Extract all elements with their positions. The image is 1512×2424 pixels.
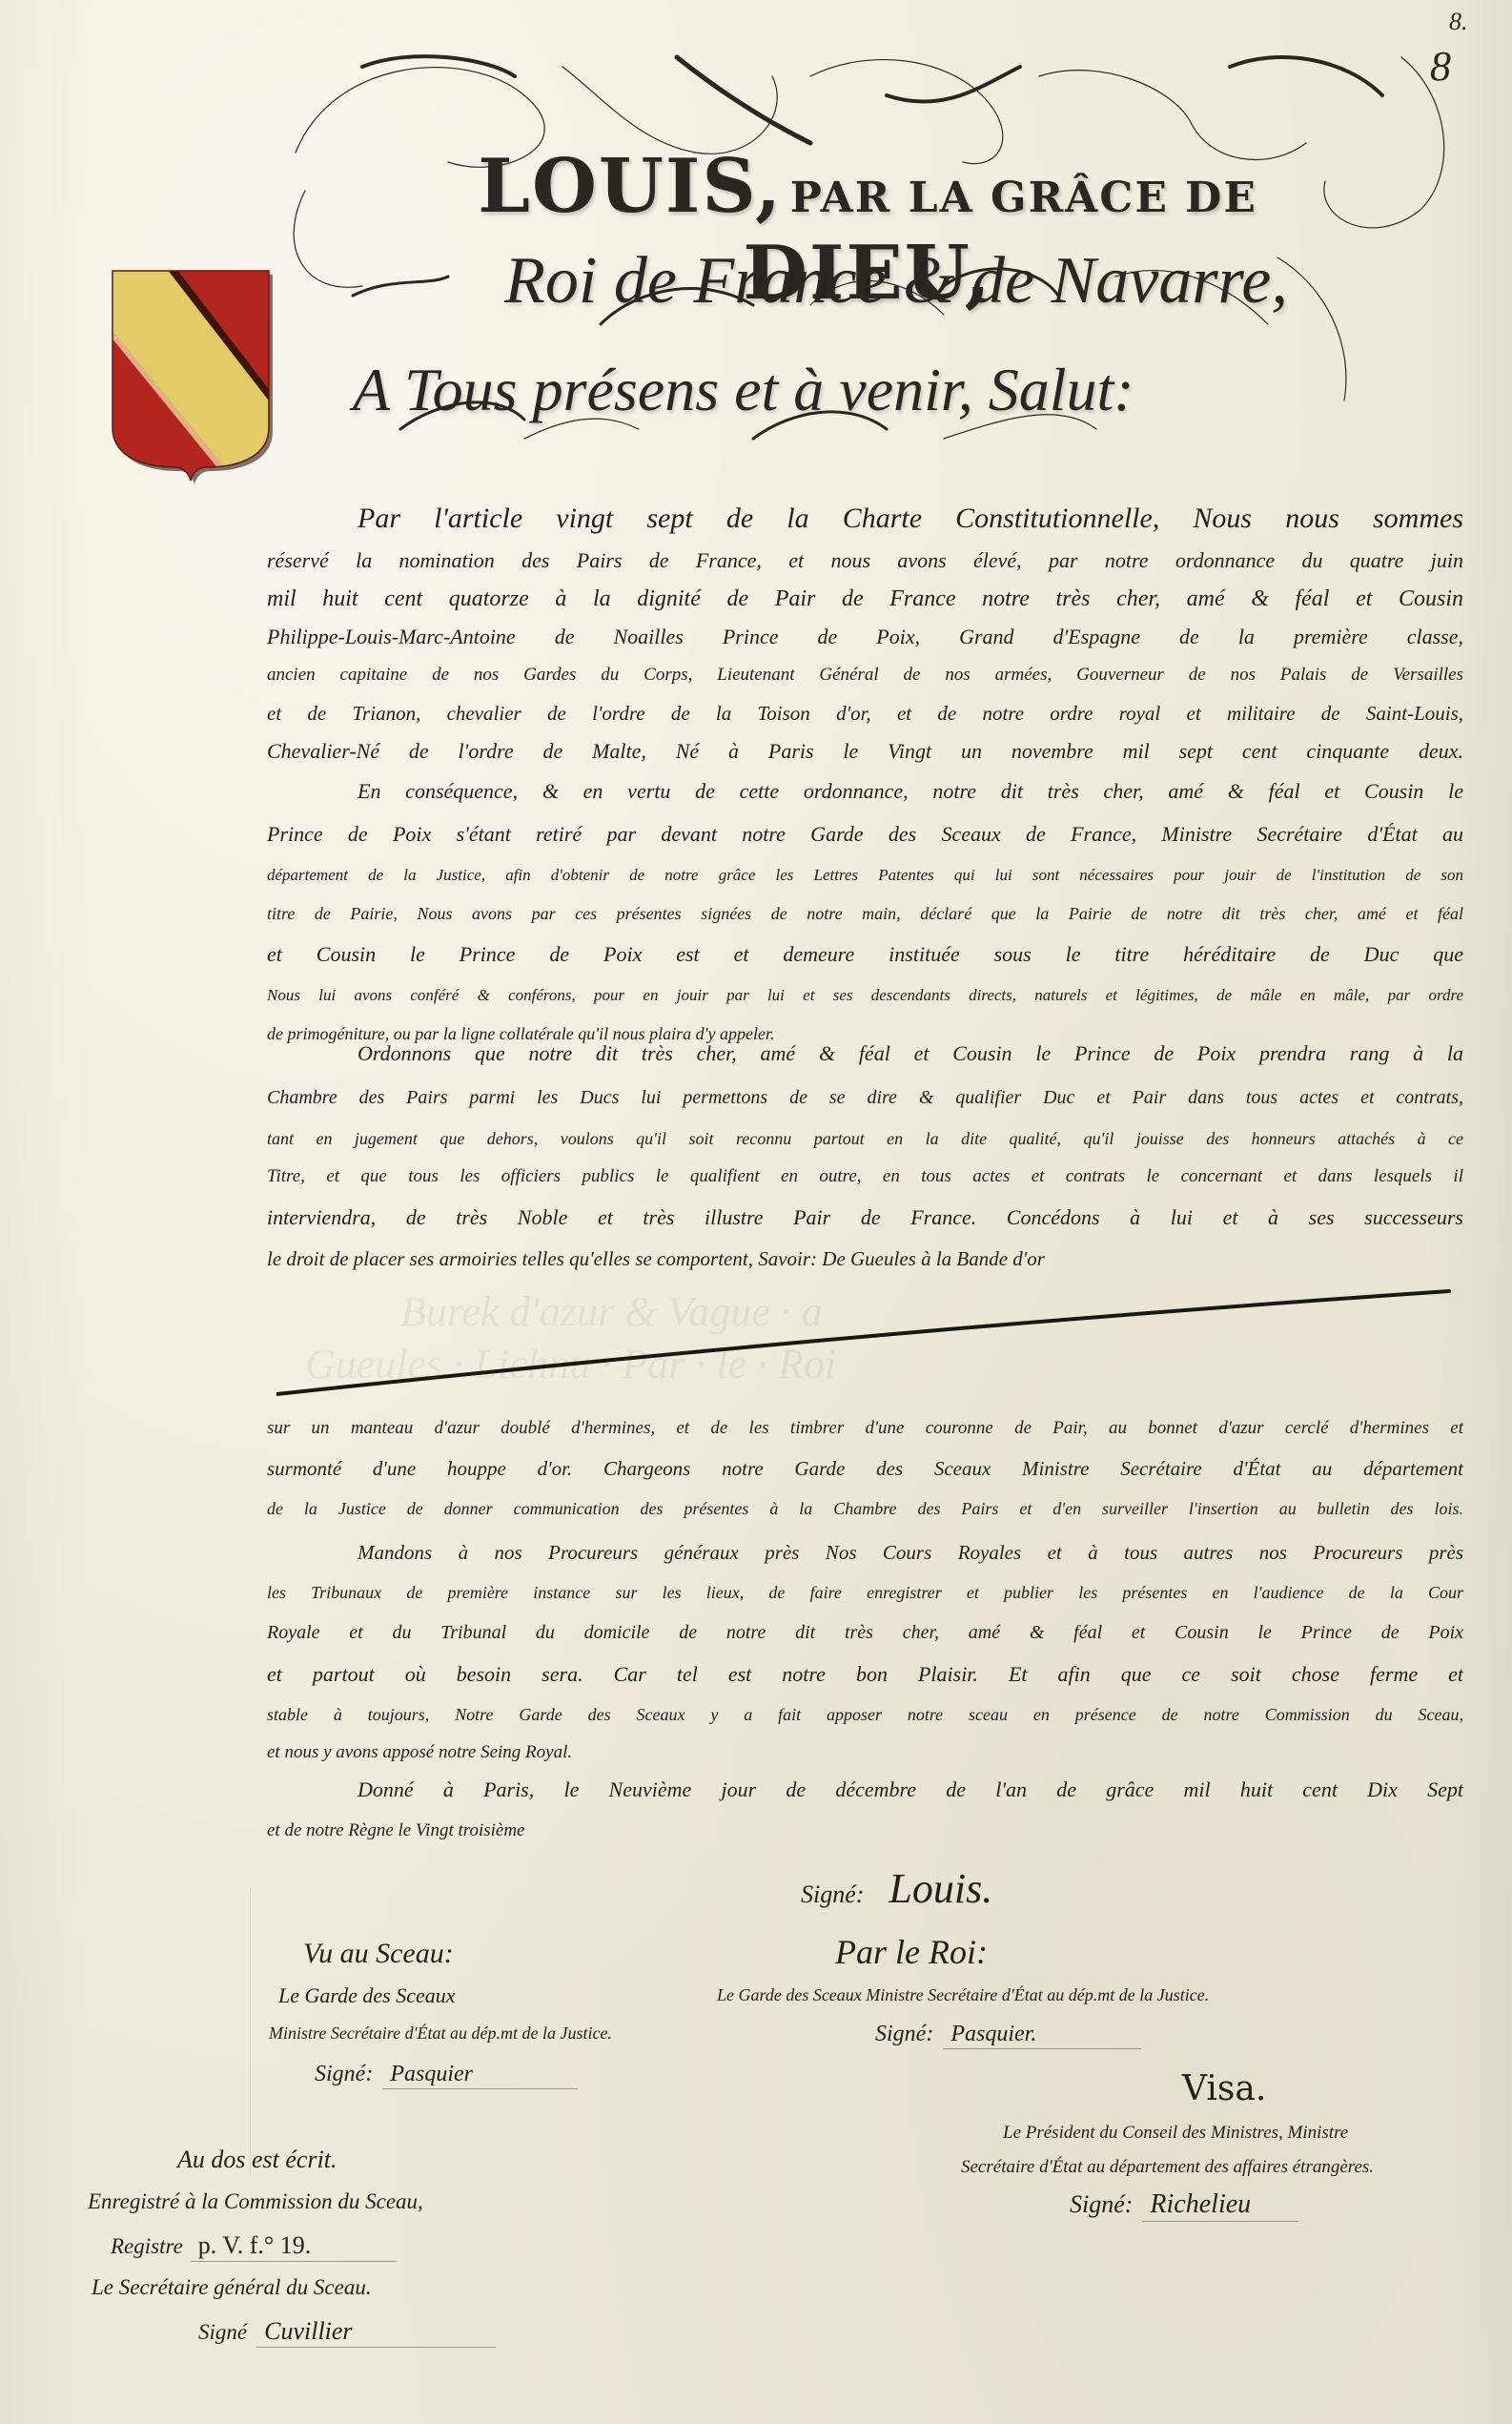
coat-of-arms-shield-icon [107,265,275,486]
text-line: Philippe-Louis-Marc-Antoine de Noailles … [267,618,1463,656]
register-reference: p. V. f.° 19. [191,2231,398,2262]
text-line: les Tribunaux de première instance sur l… [267,1573,1463,1612]
paragraph-en-consequence: En conséquence, & en vertu de cette ordo… [267,770,1463,1053]
signed-label: Signé [198,2320,247,2344]
text-line: titre de Pairie, Nous avons par ces prés… [267,894,1463,933]
text-line: département de la Justice, afin d'obteni… [267,856,1463,894]
endorsement-line1: Enregistré à la Commission du Sceau, [88,2189,423,2214]
text-line: ancien capitaine de nos Gardes du Corps,… [267,656,1463,694]
king-signature-block: Signé: Louis. [801,1864,992,1913]
text-line: En conséquence, & en vertu de cette ordo… [267,770,1463,812]
signatory-name: Pasquier [382,2062,578,2089]
blank-space-rule-line [276,1287,1478,1402]
text-line: Ordonnons que notre dit très cher, amé &… [267,1032,1463,1076]
endorsement-heading: Au dos est écrit. [177,2146,337,2174]
par-le-roi-title: Le Garde des Sceaux Ministre Secrétaire … [717,1985,1209,2005]
text-line: Chambre des Pairs parmi les Ducs lui per… [267,1076,1463,1120]
text-line: Titre, et que tous les officiers publics… [267,1158,1463,1196]
title-par-la-grace-de: PAR LA GRÂCE DE [790,174,1257,222]
vu-au-sceau-heading: Vu au Sceau: [303,1938,454,1970]
paragraph-mandons: Mandons à nos Procureurs généraux près N… [267,1531,1463,1772]
text-line: mil huit cent quatorze à la dignité de P… [267,580,1463,618]
text-line: Mandons à nos Procureurs généraux près N… [267,1531,1463,1573]
text-line: Donné à Paris, le Neuvième jour de décem… [267,1768,1463,1812]
text-line: et de Trianon, chevalier de l'ordre de l… [267,694,1463,732]
text-line: Royale et du Tribunal du domicile de not… [267,1612,1463,1654]
visa-signature: Signé: Richelieu [1070,2189,1298,2220]
text-line: et nous y avons apposé notre Seing Royal… [267,1734,1463,1772]
register-label: Registre [111,2234,183,2258]
title-salut: A Tous présens et à venir, Salut: [353,355,1306,425]
text-line: et partout où besoin sera. Car tel est n… [267,1654,1463,1695]
text-line: stable à toujours, Notre Garde des Sceau… [267,1695,1463,1734]
paragraph-armorial-continuation: sur un manteau d'azur doublé d'hermines,… [267,1409,1463,1528]
title-louis: LOUIS, [478,143,783,230]
text-line: réservé la nomination des Pairs de Franc… [267,542,1463,580]
text-line: Prince de Poix s'étant retiré par devant… [267,812,1463,856]
text-line: Nous lui avons conféré & conférons, pour… [267,976,1463,1015]
text-line: interviendra, de très Noble et très illu… [267,1196,1463,1240]
paragraph-preamble: Par l'article vingt sept de la Charte Co… [267,496,1463,770]
paragraph-ordonnons: Ordonnons que notre dit très cher, amé &… [267,1032,1463,1278]
endorsement-register: Registre p. V. f.° 19. [111,2231,397,2260]
vu-au-sceau-signature: Signé: Pasquier [315,2062,578,2087]
vu-au-sceau-title-line2: Ministre Secrétaire d'État au dép.mt de … [269,2023,612,2044]
visa-title-line2: Secrétaire d'État au département des aff… [961,2157,1374,2178]
text-line: sur un manteau d'azur doublé d'hermines,… [267,1409,1463,1448]
text-line: et Cousin le Prince de Poix est et demeu… [267,933,1463,976]
endorsement-line3: Le Secrétaire général du Sceau. [92,2275,372,2300]
signed-label: Signé: [875,2022,933,2046]
text-line: le droit de placer ses armoiries telles … [267,1240,1463,1278]
endorsement-signature: Signé Cuvillier [198,2317,496,2346]
signatory-name: Richelieu [1142,2189,1298,2222]
signed-label: Signé: [801,1880,864,1908]
par-le-roi-heading: Par le Roi: [835,1932,988,1972]
text-line: Par l'article vingt sept de la Charte Co… [267,496,1463,542]
king-signature-name: Louis. [889,1865,992,1912]
vu-au-sceau-title-line1: Le Garde des Sceaux [278,1983,456,2008]
margin-rule [250,1888,251,2174]
signatory-name: Cuvillier [256,2317,495,2348]
signed-label: Signé: [1070,2190,1133,2218]
title-roi-de-france: Roi de France & de Navarre, [381,243,1411,319]
visa-title-line1: Le Président du Conseil des Ministres, M… [1003,2123,1348,2144]
signed-label: Signé: [315,2062,373,2086]
text-line: tant en jugement que dehors, voulons qu'… [267,1120,1463,1158]
par-le-roi-signature: Signé: Pasquier. [875,2022,1141,2047]
signatory-name: Pasquier. [943,2022,1141,2049]
visa-heading: Visa. [1182,2069,1266,2108]
paragraph-date: Donné à Paris, le Neuvième jour de décem… [267,1768,1463,1850]
text-line: surmonté d'une houppe d'or. Chargeons no… [267,1448,1463,1489]
text-line: de la Justice de donner communication de… [267,1489,1463,1528]
text-line: et de notre Règne le Vingt troisième [267,1812,1463,1850]
folio-number-large: 8 [1430,42,1451,91]
text-line: Chevalier-Né de l'ordre de Malte, Né à P… [267,732,1463,770]
folio-number-small: 8. [1449,8,1468,36]
